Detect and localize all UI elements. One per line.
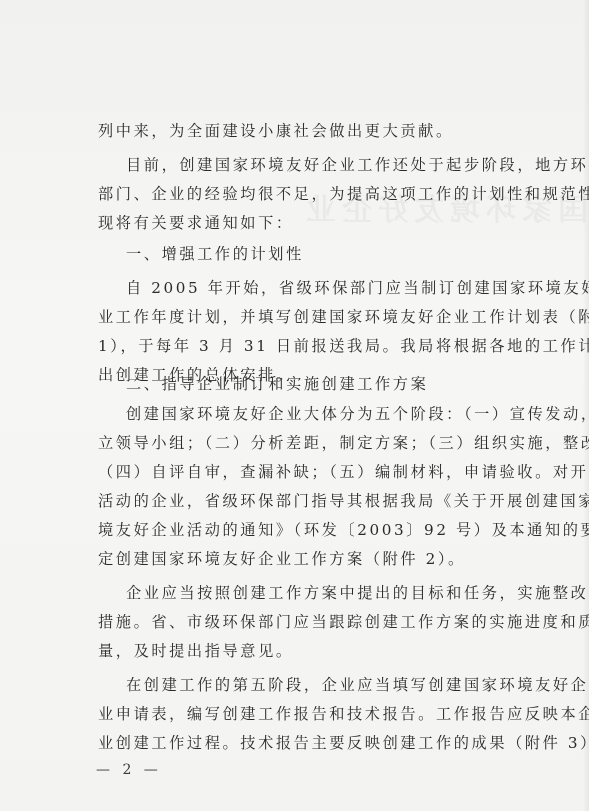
paragraph-line: 活动的企业，省级环保部门指导其根据我局《关于开展创建国家环 bbox=[98, 492, 589, 510]
paragraph-line: 量，及时提出指导意见。 bbox=[98, 642, 294, 660]
paragraph-line: 定创建国家环境友好企业工作方案（附件 2）。 bbox=[98, 550, 466, 568]
document-page: 国家环境友好企业 列中来，为全面建设小康社会做出更大贡献。 目前，创建国家环境友… bbox=[0, 0, 589, 811]
paragraph-line: 立领导小组；（二）分析差距，制定方案；（三）组织实施，整改提高； bbox=[98, 434, 589, 452]
section-heading-2: 二、指导企业制订和实施创建工作方案 bbox=[126, 375, 428, 393]
paragraph-line: 业申请表，编写创建工作报告和技术报告。工作报告应反映本企 bbox=[98, 705, 589, 723]
page-number: — 2 — bbox=[96, 762, 162, 778]
paragraph-line: 列中来，为全面建设小康社会做出更大贡献。 bbox=[98, 122, 454, 140]
paragraph-line: 自 2005 年开始，省级环保部门应当制订创建国家环境友好企 bbox=[126, 279, 589, 297]
paragraph-line: （四）自评自审，查漏补缺；（五）编制材料，申请验收。对开展创建 bbox=[98, 463, 589, 481]
section-heading-1: 一、增强工作的计划性 bbox=[126, 245, 304, 263]
paragraph-line: 企业应当按照创建工作方案中提出的目标和任务，实施整改 bbox=[126, 584, 588, 602]
paragraph-line: 部门、企业的经验均很不足，为提高这项工作的计划性和规范性， bbox=[98, 185, 589, 203]
paragraph-line: 在创建工作的第五阶段，企业应当填写创建国家环境友好企 bbox=[126, 676, 588, 694]
paragraph-line: 境友好企业活动的通知》（环发〔2003〕92 号）及本通知的要求，制 bbox=[98, 521, 589, 539]
paragraph-line: 现将有关要求通知如下： bbox=[98, 214, 294, 232]
paragraph-line: 业工作年度计划，并填写创建国家环境友好企业工作计划表（附件 bbox=[98, 308, 589, 326]
paragraph-line: 1），于每年 3 月 31 日前报送我局。我局将根据各地的工作计划做 bbox=[98, 337, 589, 355]
paragraph-line: 目前，创建国家环境友好企业工作还处于起步阶段，地方环保 bbox=[126, 156, 589, 174]
paragraph-line: 措施。省、市级环保部门应当跟踪创建工作方案的实施进度和质 bbox=[98, 613, 589, 631]
paragraph-line: 业创建工作过程。技术报告主要反映创建工作的成果（附件 3）。 bbox=[98, 734, 589, 752]
paragraph-line: 创建国家环境友好企业大体分为五个阶段：（一）宣传发动，成 bbox=[126, 405, 589, 423]
